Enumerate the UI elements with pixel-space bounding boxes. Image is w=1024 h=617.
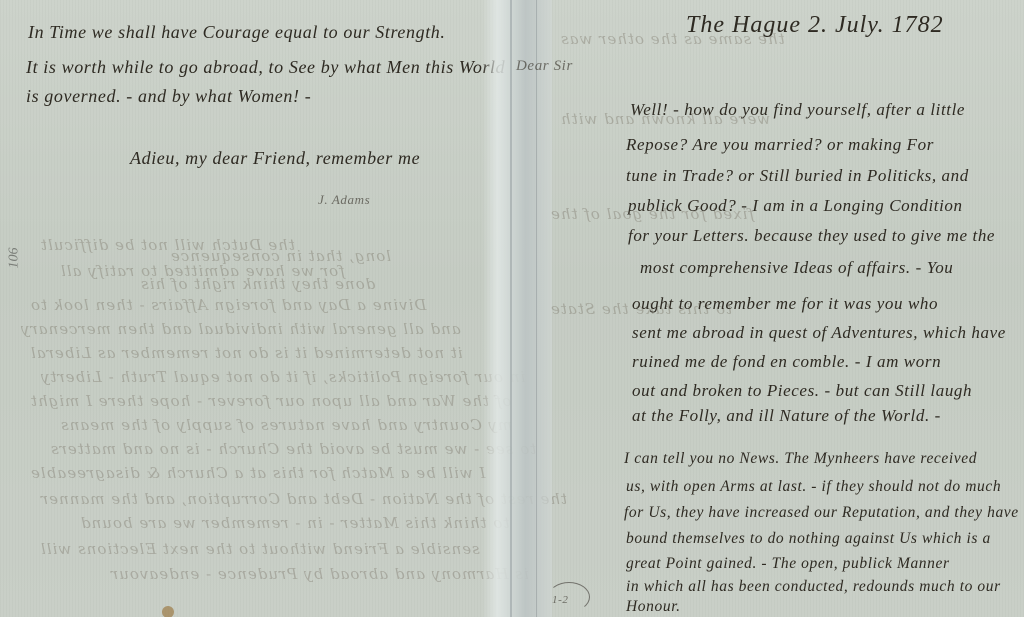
- letter-line: publick Good? - I am in a Longing Condit…: [628, 196, 963, 216]
- letter-line: Honour.: [626, 598, 681, 616]
- letter-line: sent me abroad in quest of Adventures, w…: [632, 323, 1006, 343]
- ink-stain: [162, 606, 174, 617]
- gutter-fold: [536, 0, 537, 617]
- signature: J. Adams: [318, 192, 370, 208]
- bleed-through-line: of the War and all upon our forever - ho…: [30, 392, 511, 410]
- bleed-through-line: to see - we must be avoid the Church - i…: [50, 440, 536, 458]
- bleed-through-line: sensible a Friend without to the next El…: [40, 540, 480, 558]
- bleed-through-line: I will be a Match for this at a Church &…: [30, 464, 485, 482]
- bleed-through-line: it not determined it is do not remember …: [30, 344, 463, 362]
- letter-line: Well! - how do you find yourself, after …: [630, 100, 965, 120]
- letter-line: ruined me de fond en comble. - I am worn: [632, 352, 941, 372]
- bleed-through-line: my Country and have natures of supply of…: [60, 416, 512, 434]
- letter-line: in which all has been conducted, redound…: [626, 578, 1001, 596]
- letter-line: ought to remember me for it was you who: [632, 294, 938, 314]
- letter-line: is governed. - and by what Women! -: [26, 86, 311, 107]
- page-mark: 1-2: [552, 594, 568, 606]
- letter-line: bound themselves to do nothing against U…: [626, 530, 991, 548]
- letter-line: at the Folly, and ill Nature of the Worl…: [632, 406, 941, 426]
- letter-line: us, with open Arms at last. - if they sh…: [626, 478, 1001, 496]
- letter-line: Repose? Are you married? or making For: [626, 135, 934, 155]
- letter-line: out and broken to Pieces. - but can Stil…: [632, 381, 972, 401]
- bleed-through-line: in our foreign Politicks, if it do not e…: [40, 368, 525, 386]
- left-page: the Dutch will not be difficult long, th…: [0, 0, 506, 617]
- letter-line: I can tell you no News. The Mynheers hav…: [624, 450, 977, 468]
- dateline: The Hague 2. July. 1782: [686, 12, 944, 39]
- letter-scan: the Dutch will not be difficult long, th…: [0, 0, 1024, 617]
- salutation: Dear Sir: [516, 58, 573, 75]
- letter-line: In Time we shall have Courage equal to o…: [28, 22, 446, 43]
- letter-line: for your Letters. because they used to g…: [628, 226, 995, 246]
- letter-line: great Point gained. - The open, publick …: [626, 555, 950, 573]
- margin-notation: 106: [7, 248, 23, 269]
- bleed-through-line: done they think right of his: [140, 275, 375, 293]
- letter-line: most comprehensive Ideas of affairs. - Y…: [640, 258, 953, 278]
- bleed-through-line: Divine a Day and foreign Affairs - then …: [30, 296, 426, 314]
- letter-line: It is worth while to go abroad, to See b…: [26, 57, 505, 78]
- letter-line: tune in Trade? or Still buried in Politi…: [626, 166, 969, 186]
- closing-line: Adieu, my dear Friend, remember me: [130, 148, 420, 169]
- bleed-through-line: is Harmony and abroad by Prudence - ende…: [110, 565, 529, 583]
- bleed-through-line: and all general with individual and then…: [20, 320, 461, 338]
- bleed-through-line: to think this Matter - in - remember we …: [80, 514, 509, 532]
- right-page: the same as the other was were all known…: [540, 0, 1024, 617]
- gutter-fold: [510, 0, 512, 617]
- letter-line: for Us, they have increased our Reputati…: [624, 504, 1019, 522]
